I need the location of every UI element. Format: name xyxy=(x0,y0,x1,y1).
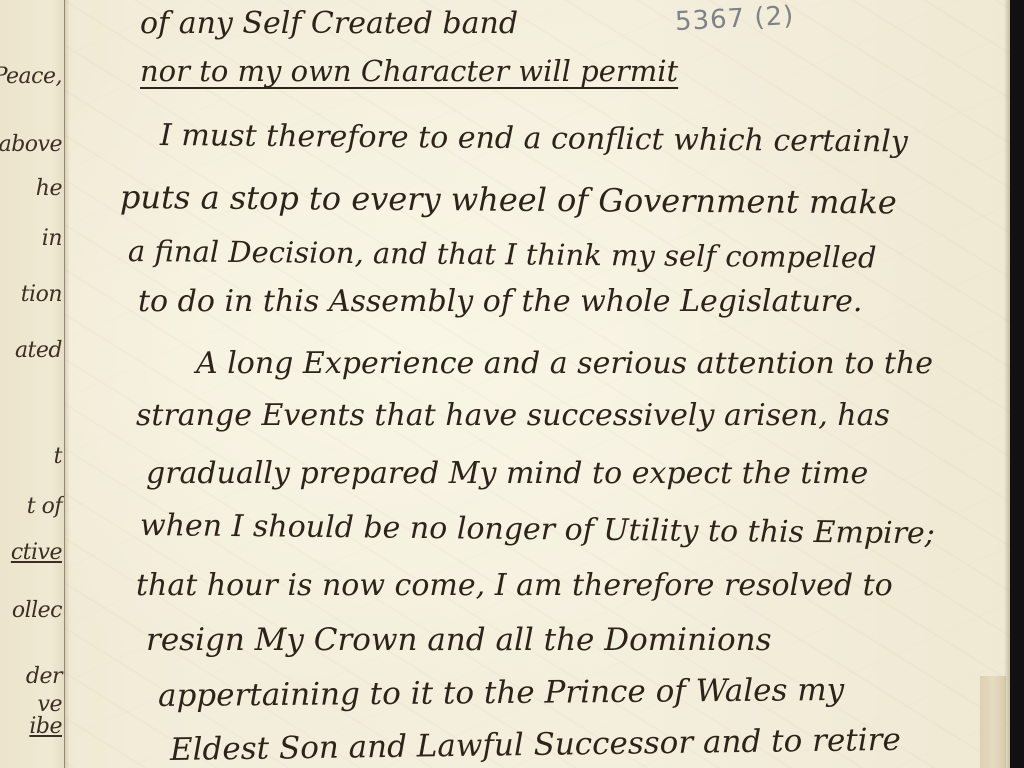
scan-border xyxy=(1010,0,1024,768)
folio-number: 5367 (2) xyxy=(674,1,795,37)
manuscript-line: A long Experience and a serious attentio… xyxy=(196,346,933,381)
manuscript-line: gradually prepared My mind to expect the… xyxy=(146,456,868,491)
left-facing-page: Peace, above he in tion ated t t of ctiv… xyxy=(0,0,65,768)
manuscript-line: puts a stop to every wheel of Government… xyxy=(120,178,897,221)
margin-fragment: t of xyxy=(27,494,62,519)
manuscript-line: of any Self Created band xyxy=(140,6,518,41)
manuscript-line: when I should be no longer of Utility to… xyxy=(140,508,935,551)
margin-fragment: ated xyxy=(15,338,62,363)
margin-fragment: Peace, xyxy=(0,64,62,89)
margin-fragment: ibe xyxy=(29,714,62,739)
margin-fragment: he xyxy=(36,176,62,201)
margin-fragment: tion xyxy=(21,282,62,307)
manuscript-line: strange Events that have successively ar… xyxy=(136,398,890,433)
manuscript-line: I must therefore to end a conflict which… xyxy=(160,118,908,160)
manuscript-line: to do in this Assembly of the whole Legi… xyxy=(138,284,862,319)
margin-fragment: ctive xyxy=(11,540,62,565)
manuscript-scan: Peace, above he in tion ated t t of ctiv… xyxy=(0,0,1024,768)
manuscript-line: resign My Crown and all the Dominions xyxy=(146,622,772,658)
manuscript-line: Eldest Son and Lawful Successor and to r… xyxy=(170,722,901,768)
manuscript-line: that hour is now come, I am therefore re… xyxy=(136,568,893,603)
margin-fragment: above xyxy=(0,132,62,157)
margin-fragment: ollec xyxy=(12,598,62,623)
margin-fragment: der xyxy=(26,664,62,689)
manuscript-line: nor to my own Character will permit xyxy=(140,54,678,88)
margin-fragment: t xyxy=(54,444,62,469)
margin-fragment: in xyxy=(42,226,62,251)
repair-tape xyxy=(980,676,1006,768)
manuscript-line: a final Decision, and that I think my se… xyxy=(128,234,877,275)
manuscript-line: appertaining to it to the Prince of Wale… xyxy=(158,672,845,714)
page-gutter xyxy=(64,0,70,768)
